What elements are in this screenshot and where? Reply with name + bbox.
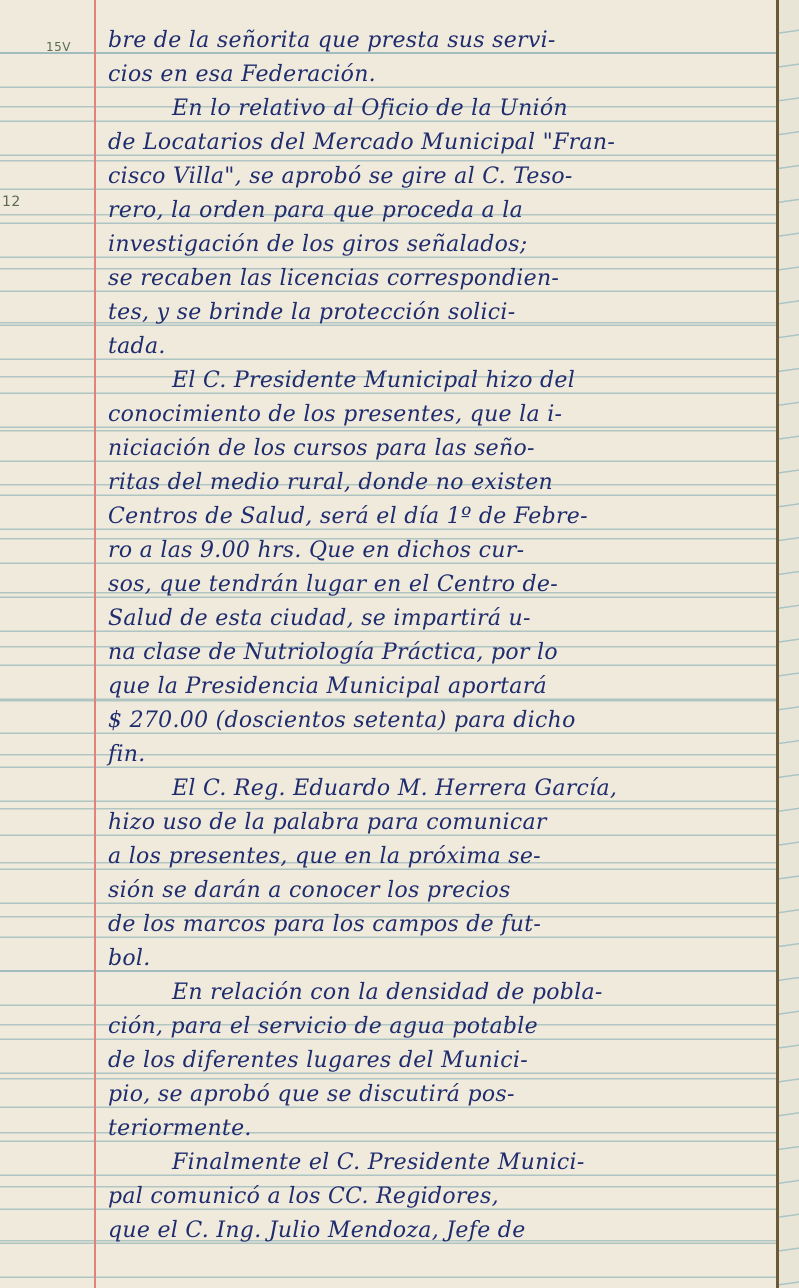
text-line: bol. <box>108 942 770 976</box>
text-line: bre de la señorita que presta sus servi- <box>108 24 770 58</box>
text-line: conocimiento de los presentes, que la i- <box>108 398 770 432</box>
paragraph-start-line: El C. Presidente Municipal hizo del <box>108 364 770 398</box>
text-line: ro a las 9.00 hrs. Que en dichos cur- <box>108 534 770 568</box>
adjacent-page-edge <box>779 0 799 1288</box>
red-margin-line <box>94 0 96 1288</box>
text-line: na clase de Nutriología Práctica, por lo <box>108 636 770 670</box>
text-line: investigación de los giros señalados; <box>108 228 770 262</box>
text-line: de los diferentes lugares del Munici- <box>108 1044 770 1078</box>
paragraph-start-line: En relación con la densidad de pobla- <box>108 976 770 1010</box>
text-line: sos, que tendrán lugar en el Centro de- <box>108 568 770 602</box>
paragraph-start-line: El C. Reg. Eduardo M. Herrera García, <box>108 772 770 806</box>
text-line: niciación de los cursos para las seño- <box>108 432 770 466</box>
text-line: pio, se aprobó que se discutirá pos- <box>108 1078 770 1112</box>
text-line: rero, la orden para que proceda a la <box>108 194 770 228</box>
text-line: de los marcos para los campos de fut- <box>108 908 770 942</box>
text-line: $ 270.00 (doscientos setenta) para dicho <box>108 704 770 738</box>
text-line: Centros de Salud, será el día 1º de Febr… <box>108 500 770 534</box>
text-line: tes, y se brinde la protección solici- <box>108 296 770 330</box>
text-line: tada. <box>108 330 770 364</box>
text-line: cios en esa Federación. <box>108 58 770 92</box>
text-line: Salud de esta ciudad, se impartirá u- <box>108 602 770 636</box>
text-line: teriormente. <box>108 1112 770 1146</box>
text-line: pal comunicó a los CC. Regidores, <box>108 1180 770 1214</box>
text-line: a los presentes, que en la próxima se- <box>108 840 770 874</box>
text-line: sión se darán a conocer los precios <box>108 874 770 908</box>
text-line: hizo uso de la palabra para comunicar <box>108 806 770 840</box>
text-line: que la Presidencia Municipal aportará <box>108 670 770 704</box>
text-line: ritas del medio rural, donde no existen <box>108 466 770 500</box>
text-line: cisco Villa", se aprobó se gire al C. Te… <box>108 160 770 194</box>
text-line: se recaben las licencias correspondien- <box>108 262 770 296</box>
text-line: que el C. Ing. Julio Mendoza, Jefe de <box>108 1214 770 1248</box>
margin-note-folio: 15V <box>46 40 71 54</box>
paragraph-start-line: En lo relativo al Oficio de la Unión <box>108 92 770 126</box>
text-line: de Locatarios del Mercado Municipal "Fra… <box>108 126 770 160</box>
handwritten-text-body: bre de la señorita que presta sus servi-… <box>108 24 770 1248</box>
margin-note-item-number: 12 <box>2 194 21 210</box>
text-line: ción, para el servicio de agua potable <box>108 1010 770 1044</box>
paragraph-start-line: Finalmente el C. Presidente Munici- <box>108 1146 770 1180</box>
text-line: fin. <box>108 738 770 772</box>
